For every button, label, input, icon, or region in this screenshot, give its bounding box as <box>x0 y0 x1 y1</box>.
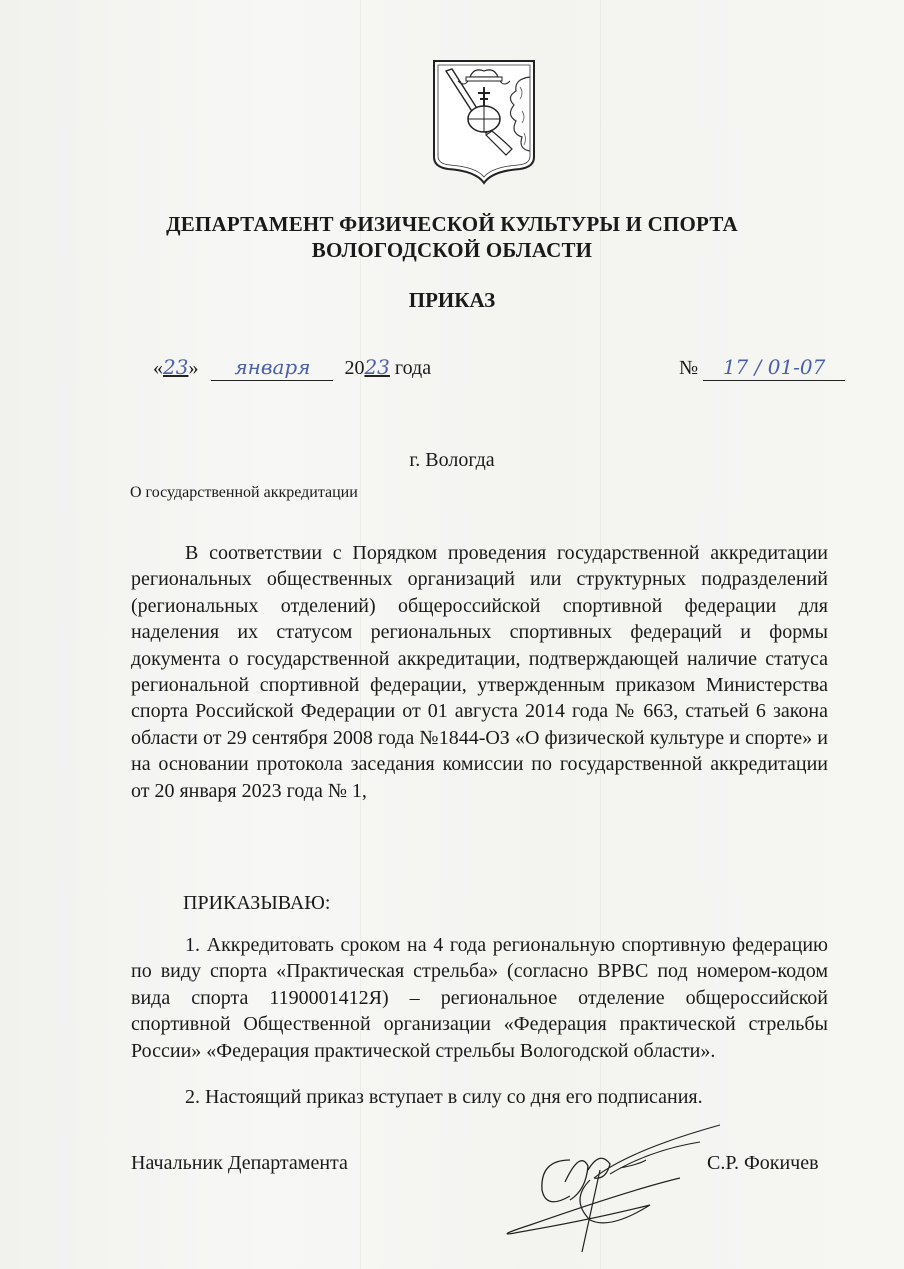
order-word: ПРИКАЗЫВАЮ: <box>183 892 330 915</box>
date-month-handwritten: января <box>234 355 310 379</box>
coat-of-arms-icon <box>430 57 538 187</box>
department-name-line2: ВОЛОГОДСКОЙ ОБЛАСТИ <box>0 238 904 263</box>
signatory-position: Начальник Департамента <box>131 1152 348 1175</box>
number-value-handwritten: 17 / 01-07 <box>723 355 826 379</box>
number-sign: № <box>679 357 698 379</box>
order-item-1: 1. Аккредитовать сроком на 4 года регион… <box>131 932 828 1064</box>
preamble-paragraph: В соответствии с Порядком проведения гос… <box>131 540 828 804</box>
date-year-prefix: 20 <box>344 357 364 379</box>
department-name-line1: ДЕПАРТАМЕНТ ФИЗИЧЕСКОЙ КУЛЬТУРЫ И СПОРТА <box>0 212 904 237</box>
date-year-word: года <box>395 357 431 379</box>
handwritten-signature <box>470 1120 770 1255</box>
document-page: ДЕПАРТАМЕНТ ФИЗИЧЕСКОЙ КУЛЬТУРЫ И СПОРТА… <box>0 0 904 1269</box>
city: г. Вологда <box>0 449 904 472</box>
date-open-quote: « <box>153 357 163 379</box>
date-close-quote: » <box>188 357 198 379</box>
signatory-name: С.Р. Фокичев <box>707 1152 819 1175</box>
document-subject: О государственной аккредитации <box>130 484 358 502</box>
document-type-title: ПРИКАЗ <box>0 288 904 313</box>
document-date: «23» января 2023 года <box>153 355 431 381</box>
date-day-handwritten: 23 <box>163 355 188 379</box>
order-item-2: 2. Настоящий приказ вступает в силу со д… <box>131 1084 828 1110</box>
document-number: № 17 / 01-07 <box>679 355 845 381</box>
date-year-handwritten: 23 <box>364 355 389 379</box>
